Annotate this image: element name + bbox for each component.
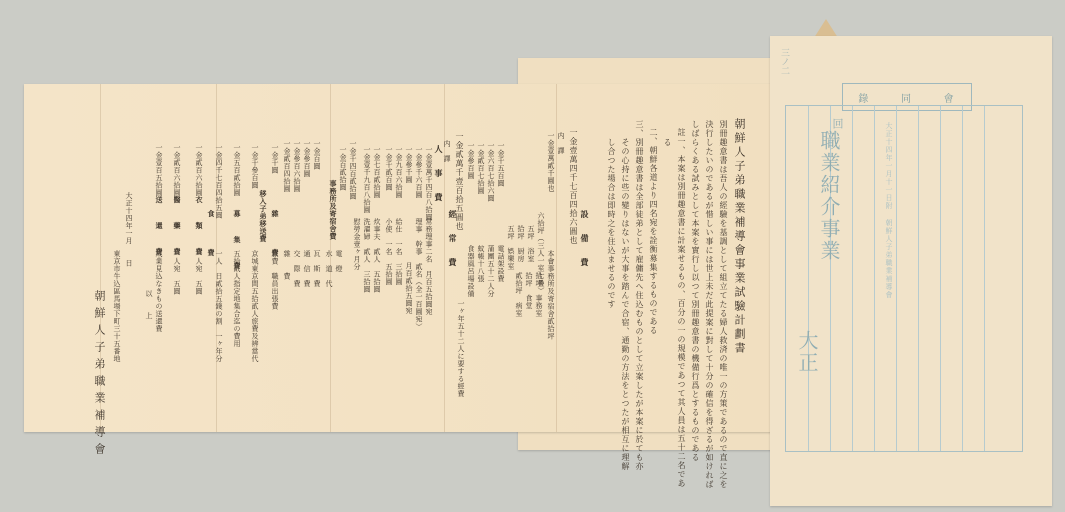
personnel-item: 一金七百貳拾圓: [372, 146, 382, 199]
equipment-item: 拾坪 事務室: [534, 272, 544, 317]
equipment-item: 蒲團五十二人分: [486, 245, 496, 298]
intro-line: し合つた場合は即時之を住込ませるのです: [606, 138, 616, 309]
section-heading-ordinary: 經 常 費: [448, 210, 458, 270]
personnel-item: 一金壹千九百八拾圓: [362, 146, 372, 214]
rule-line: [874, 106, 875, 451]
office-item: 交 際 費: [292, 250, 302, 288]
equipment-item: 一金六百七拾六圓: [486, 142, 496, 202]
stamped-text: 大正十四年一月十一日附 朝鮮人子弟職業補導會: [884, 122, 894, 299]
organization-address: 東京市牛込區馬場下町三十五番地: [112, 250, 122, 363]
recruitment-item: 京城東京間五拾貳人旅費及辨當代: [250, 250, 260, 363]
rule-line: [984, 106, 985, 451]
intro-line: 決行したいのであるが惜しい事には世上未だ此提案に對して十分の確信を得ざるが如けれ…: [704, 120, 714, 489]
section-heading-recruitment: 移入子弟移送費: [258, 190, 268, 243]
return-item: 成業見込なきもの送還費: [154, 250, 164, 333]
equipment-item: 電話架設費: [496, 245, 506, 283]
organization-name: 朝鮮人子弟職業補導會: [94, 290, 104, 460]
office-item: 一金千四百貳拾圓: [348, 140, 358, 200]
equipment-item: 一金參百圓: [466, 142, 476, 180]
medical-item: 一金貳百六拾圓: [172, 144, 182, 197]
personnel-item: 常務理事二名 月百五拾圓宛: [424, 218, 434, 316]
section-heading-equipment: 設 備 費: [580, 210, 590, 270]
rule-line: [918, 106, 919, 451]
breakdown-label: 内 譯: [556, 132, 566, 155]
rule-line: [962, 106, 963, 451]
equipment-item: 蚊帳十八張: [476, 245, 486, 283]
personnel-item: 給仕 一名 三拾圓: [394, 218, 404, 286]
clothing-item: 一人宛 五圓: [194, 250, 204, 295]
rule-line: [896, 106, 897, 451]
office-item: 通 信 費: [302, 250, 312, 288]
personnel-item: 月百貳拾五圓宛: [404, 262, 414, 315]
intro-line: その心持に些の變りはないが大事を踏んで合宿、通勤の方法をとつたが相互に理解: [620, 138, 630, 471]
equipment-item: 本會事務所及寄宿舍貳拾坪: [546, 250, 556, 340]
office-item: 雜 費: [282, 250, 292, 280]
personnel-item: 一金九百六拾圓: [394, 146, 404, 199]
handwritten-mark: 回: [826, 118, 848, 131]
rule-line: [940, 106, 941, 451]
intro-line: る: [662, 138, 672, 147]
form-header-char: 同: [901, 90, 913, 105]
form-header-char: 錄: [858, 90, 870, 105]
general-item: 旅費 職員出張費: [270, 250, 280, 310]
clothing-item: 一金貳百六拾圓: [194, 144, 204, 197]
pencil-note: 三ノ二: [778, 48, 791, 75]
office-item: 一金百貳拾圓: [338, 146, 348, 191]
food-item: 一人 日貳拾五錢の割 一ヶ年分: [214, 250, 224, 363]
intro-line: しばらくある試みとして本案を實行し以つて別冊趣意書の機備行爲とするものである: [690, 120, 700, 462]
office-item: 一金參百六拾圓: [292, 140, 302, 193]
office-item: 水 道 代: [324, 250, 334, 288]
personnel-item: 一金參千六百圓: [414, 146, 424, 199]
handwritten-text: 大正: [796, 330, 818, 374]
general-item: 一金千圓: [270, 144, 280, 174]
intro-line: 註一、本案は別冊趣意書に計案せるもの、百分の一の規模であつて其人員は五十二名であ: [676, 128, 686, 488]
equipment-item: 貳拾坪 病室: [514, 272, 524, 317]
personnel-item: 炊事夫 貳人 五拾圓: [372, 218, 382, 293]
section-heading-personnel: 人 事 費: [434, 145, 444, 205]
office-item: 一金貳百四拾圓: [282, 140, 292, 193]
intro-line: 三、別冊趣意書は全部徒弟として雇傭先へ住込むものとして立案したが本案に於ても亦: [634, 120, 644, 471]
section-heading-office: 事務所及寄宿舍費: [328, 180, 338, 240]
equipment-item: 食器風呂場設備: [466, 245, 476, 298]
gathering-item: 五拾貳人指定地集合迄の費用: [232, 250, 242, 348]
office-item: 一金百圓: [312, 140, 322, 170]
closing-mark: 以 上: [144, 290, 154, 323]
return-item: 一金壹百五拾圓: [154, 144, 164, 197]
personnel-item: 慰勞金壹ヶ月分: [352, 218, 362, 271]
office-item: 瓦 斯 費: [312, 250, 322, 288]
office-item: 一金參百圓: [302, 140, 312, 178]
rule-line: [808, 106, 809, 451]
equipment-total: 一金壹萬四千七百四拾六圓也: [568, 128, 578, 245]
equipment-item: 一金貳百七拾圓: [476, 142, 486, 195]
personnel-item: 一金壹萬千四百八拾圓: [424, 146, 434, 221]
recruitment-item: 一金千參百圓: [250, 144, 260, 189]
personnel-item: 小使 一名 五拾圓: [384, 218, 394, 286]
intro-line: 別冊趣意書は吾人の經驗を基調として組立てたる婦人救済の唯一の方策であるので直に之…: [718, 120, 728, 489]
equipment-item: 拾坪 食堂: [524, 272, 534, 310]
equipment-item: 拾坪 厨房: [516, 225, 526, 263]
office-item: 電 燈: [334, 250, 344, 273]
personnel-item: 理事 幹事 貳名（全一百圓宛）: [414, 218, 424, 331]
handwritten-text: 職業紹介事業: [818, 130, 840, 262]
fold-line: [444, 84, 445, 432]
equipment-item: 一金壹萬貳千圓也: [546, 132, 556, 192]
gathering-item: 一金五百貳拾圓: [232, 144, 242, 197]
equipment-item: 五坪 浴室: [526, 225, 536, 263]
document-date: 大正十四年一月 日: [124, 192, 134, 267]
rule-line: [852, 106, 853, 451]
food-item: 一金四千七百四拾五圓: [214, 144, 224, 219]
personnel-item: 一金參千圓: [404, 146, 414, 184]
equipment-item: 五坪 娯樂室: [506, 225, 516, 270]
intro-line: 二、朝鮮各道より四名宛を詮衡募集するものである: [648, 128, 658, 335]
medical-item: 一人宛 五圓: [172, 250, 182, 295]
ordinary-note: 一ヶ年五十二人に要する經費: [456, 300, 466, 398]
form-header-char: 會: [944, 90, 956, 105]
personnel-item: 一金千貳百圓: [384, 146, 394, 191]
personnel-item: 洗濯婦 貳人 三拾圓: [362, 218, 372, 293]
document-title: 朝鮮人子弟職業補導會事業試驗計劃書: [734, 118, 744, 356]
equipment-item: 一金千五百圓: [496, 142, 506, 187]
